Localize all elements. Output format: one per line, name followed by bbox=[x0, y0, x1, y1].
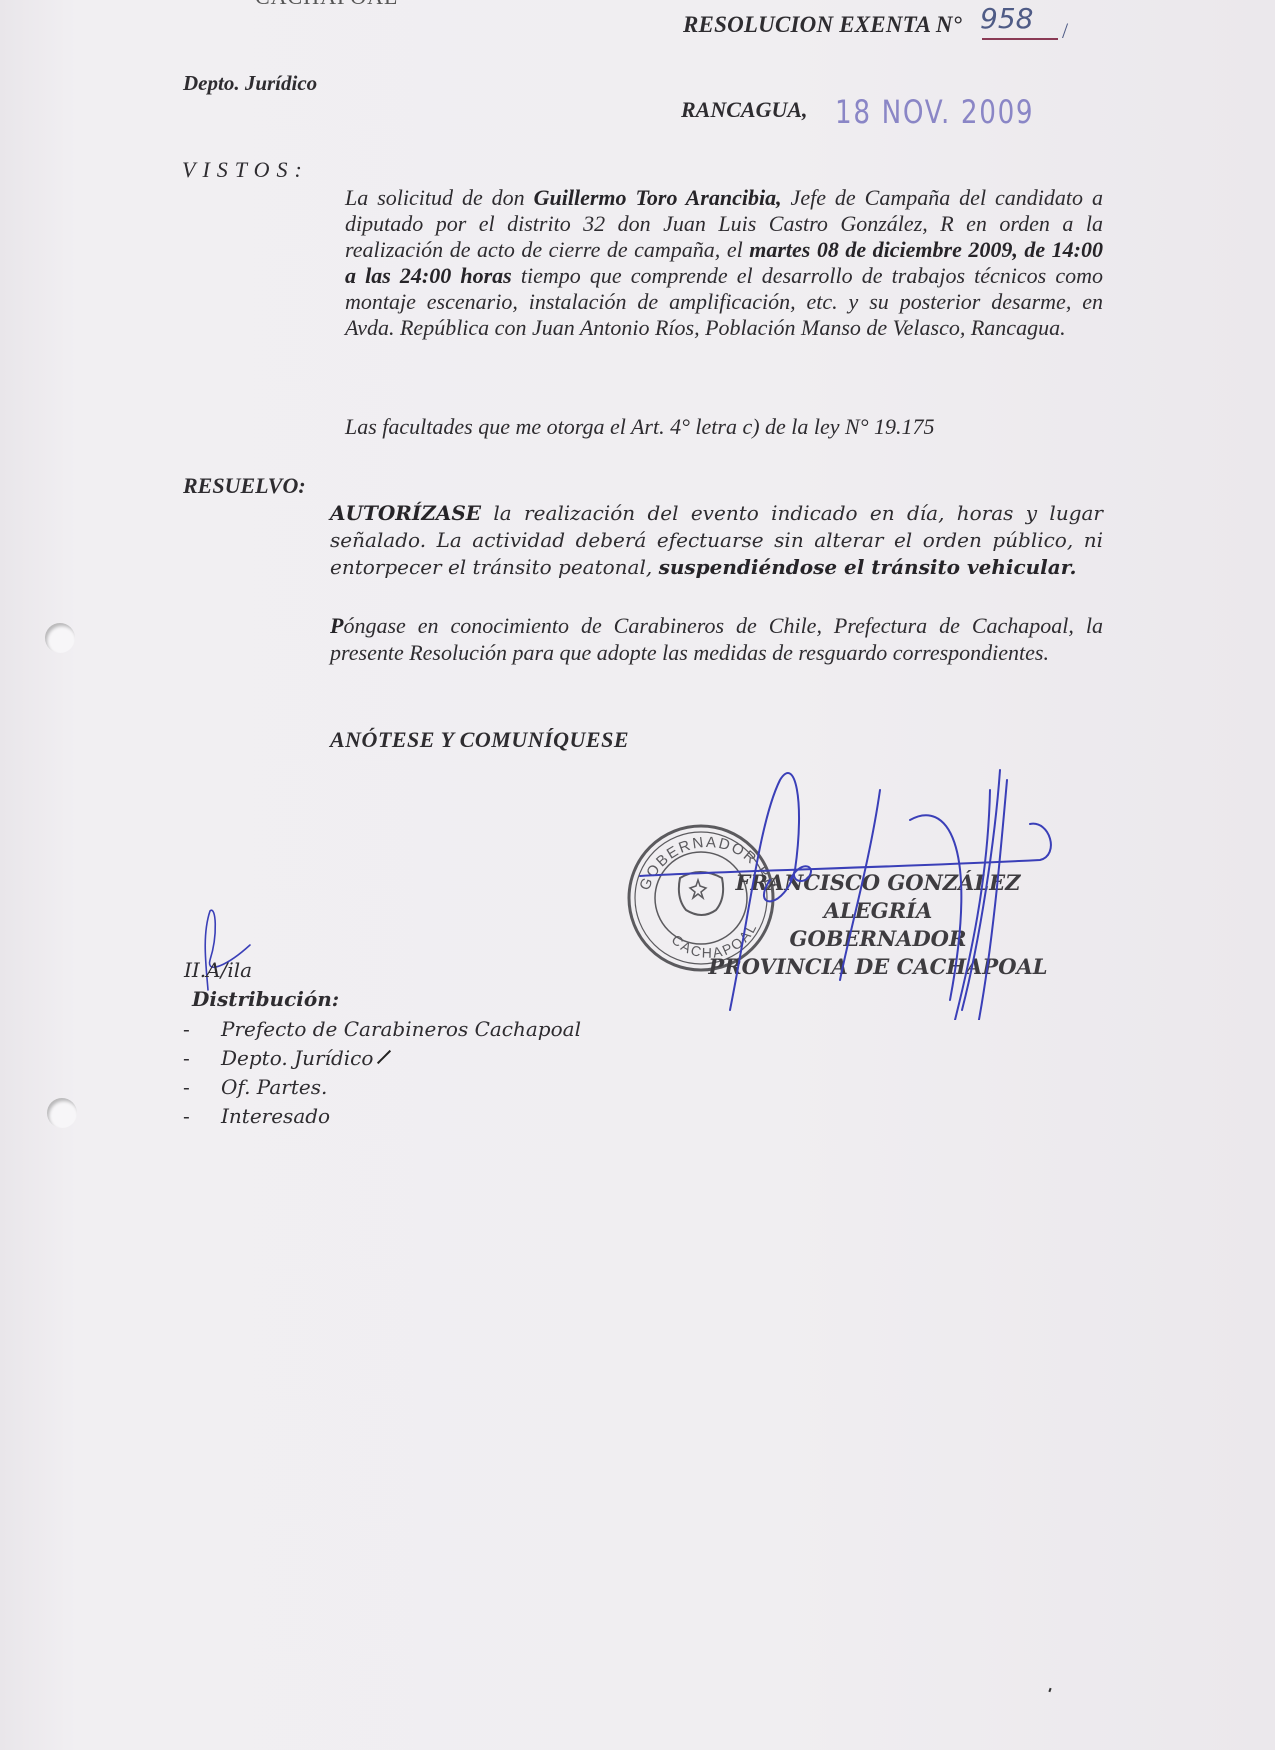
cut-off-heading: CACHAPOAL bbox=[255, 0, 398, 10]
punch-hole-bottom bbox=[47, 1098, 77, 1128]
date-stamp: 18 NOV. 2009 bbox=[835, 93, 1034, 131]
traffic-suspension: suspendiéndose el tránsito vehicular. bbox=[659, 555, 1077, 579]
resolution-number-underline bbox=[982, 38, 1058, 40]
vistos-paragraph-request: La solicitud de don Guillermo Toro Aranc… bbox=[345, 185, 1103, 341]
resolution-label: RESOLUCION EXENTA N° bbox=[683, 12, 962, 38]
text: P bbox=[330, 613, 343, 638]
bullet-dash: - bbox=[183, 1102, 221, 1131]
bullet-dash: - bbox=[183, 1015, 221, 1044]
checkmark-icon bbox=[377, 1050, 391, 1064]
resuelvo-paragraph-authorization: AUTORÍZASE la realización del evento ind… bbox=[330, 500, 1103, 581]
authorization-keyword: AUTORÍZASE bbox=[330, 501, 481, 525]
city-label: RANCAGUA, bbox=[681, 97, 808, 123]
department-label: Depto. Jurídico bbox=[183, 71, 317, 96]
vistos-paragraph-legal-basis: Las facultades que me otorga el Art. 4° … bbox=[345, 414, 1103, 440]
text: La solicitud de don bbox=[345, 185, 534, 210]
list-item: -Interesado bbox=[183, 1102, 581, 1131]
list-item: -Depto. Jurídico bbox=[183, 1044, 581, 1073]
signatory-province: PROVINCIA DE CACHAPOAL bbox=[678, 953, 1078, 981]
distribution-recipient: Depto. Jurídico bbox=[221, 1044, 373, 1073]
bullet-dash: - bbox=[183, 1044, 221, 1073]
requester-name: Guillermo Toro Arancibia, bbox=[534, 185, 782, 210]
resolution-number: 958 bbox=[980, 2, 1033, 35]
resuelvo-heading: RESUELVO: bbox=[183, 473, 306, 499]
resuelvo-paragraph-notification: Póngase en conocimiento de Carabineros d… bbox=[330, 612, 1103, 666]
distribution-recipient: Interesado bbox=[221, 1102, 330, 1131]
signatory-block: FRANCISCO GONZÁLEZ ALEGRÍA GOBERNADOR PR… bbox=[678, 869, 1078, 981]
signatory-title: GOBERNADOR bbox=[678, 925, 1078, 953]
closing-phrase: ANÓTESE Y COMUNÍQUESE bbox=[330, 727, 629, 753]
distribution-heading: Distribución: bbox=[192, 987, 339, 1011]
distribution-list: -Prefecto de Carabineros Cachapoal -Dept… bbox=[183, 1015, 581, 1131]
list-item: -Of. Partes. bbox=[183, 1073, 581, 1102]
resolution-slash: / bbox=[1062, 18, 1068, 44]
punch-hole-top bbox=[45, 623, 75, 653]
signatory-name: FRANCISCO GONZÁLEZ ALEGRÍA bbox=[678, 869, 1078, 925]
text: óngase en conocimiento de Carabineros de… bbox=[330, 613, 1103, 665]
vistos-heading: VISTOS: bbox=[182, 157, 309, 183]
reference-initials: II.A/ila bbox=[184, 958, 252, 982]
distribution-recipient: Of. Partes. bbox=[221, 1073, 327, 1102]
scan-speck bbox=[1048, 1688, 1051, 1692]
list-item: -Prefecto de Carabineros Cachapoal bbox=[183, 1015, 581, 1044]
bullet-dash: - bbox=[183, 1073, 221, 1102]
distribution-recipient: Prefecto de Carabineros Cachapoal bbox=[221, 1015, 581, 1044]
